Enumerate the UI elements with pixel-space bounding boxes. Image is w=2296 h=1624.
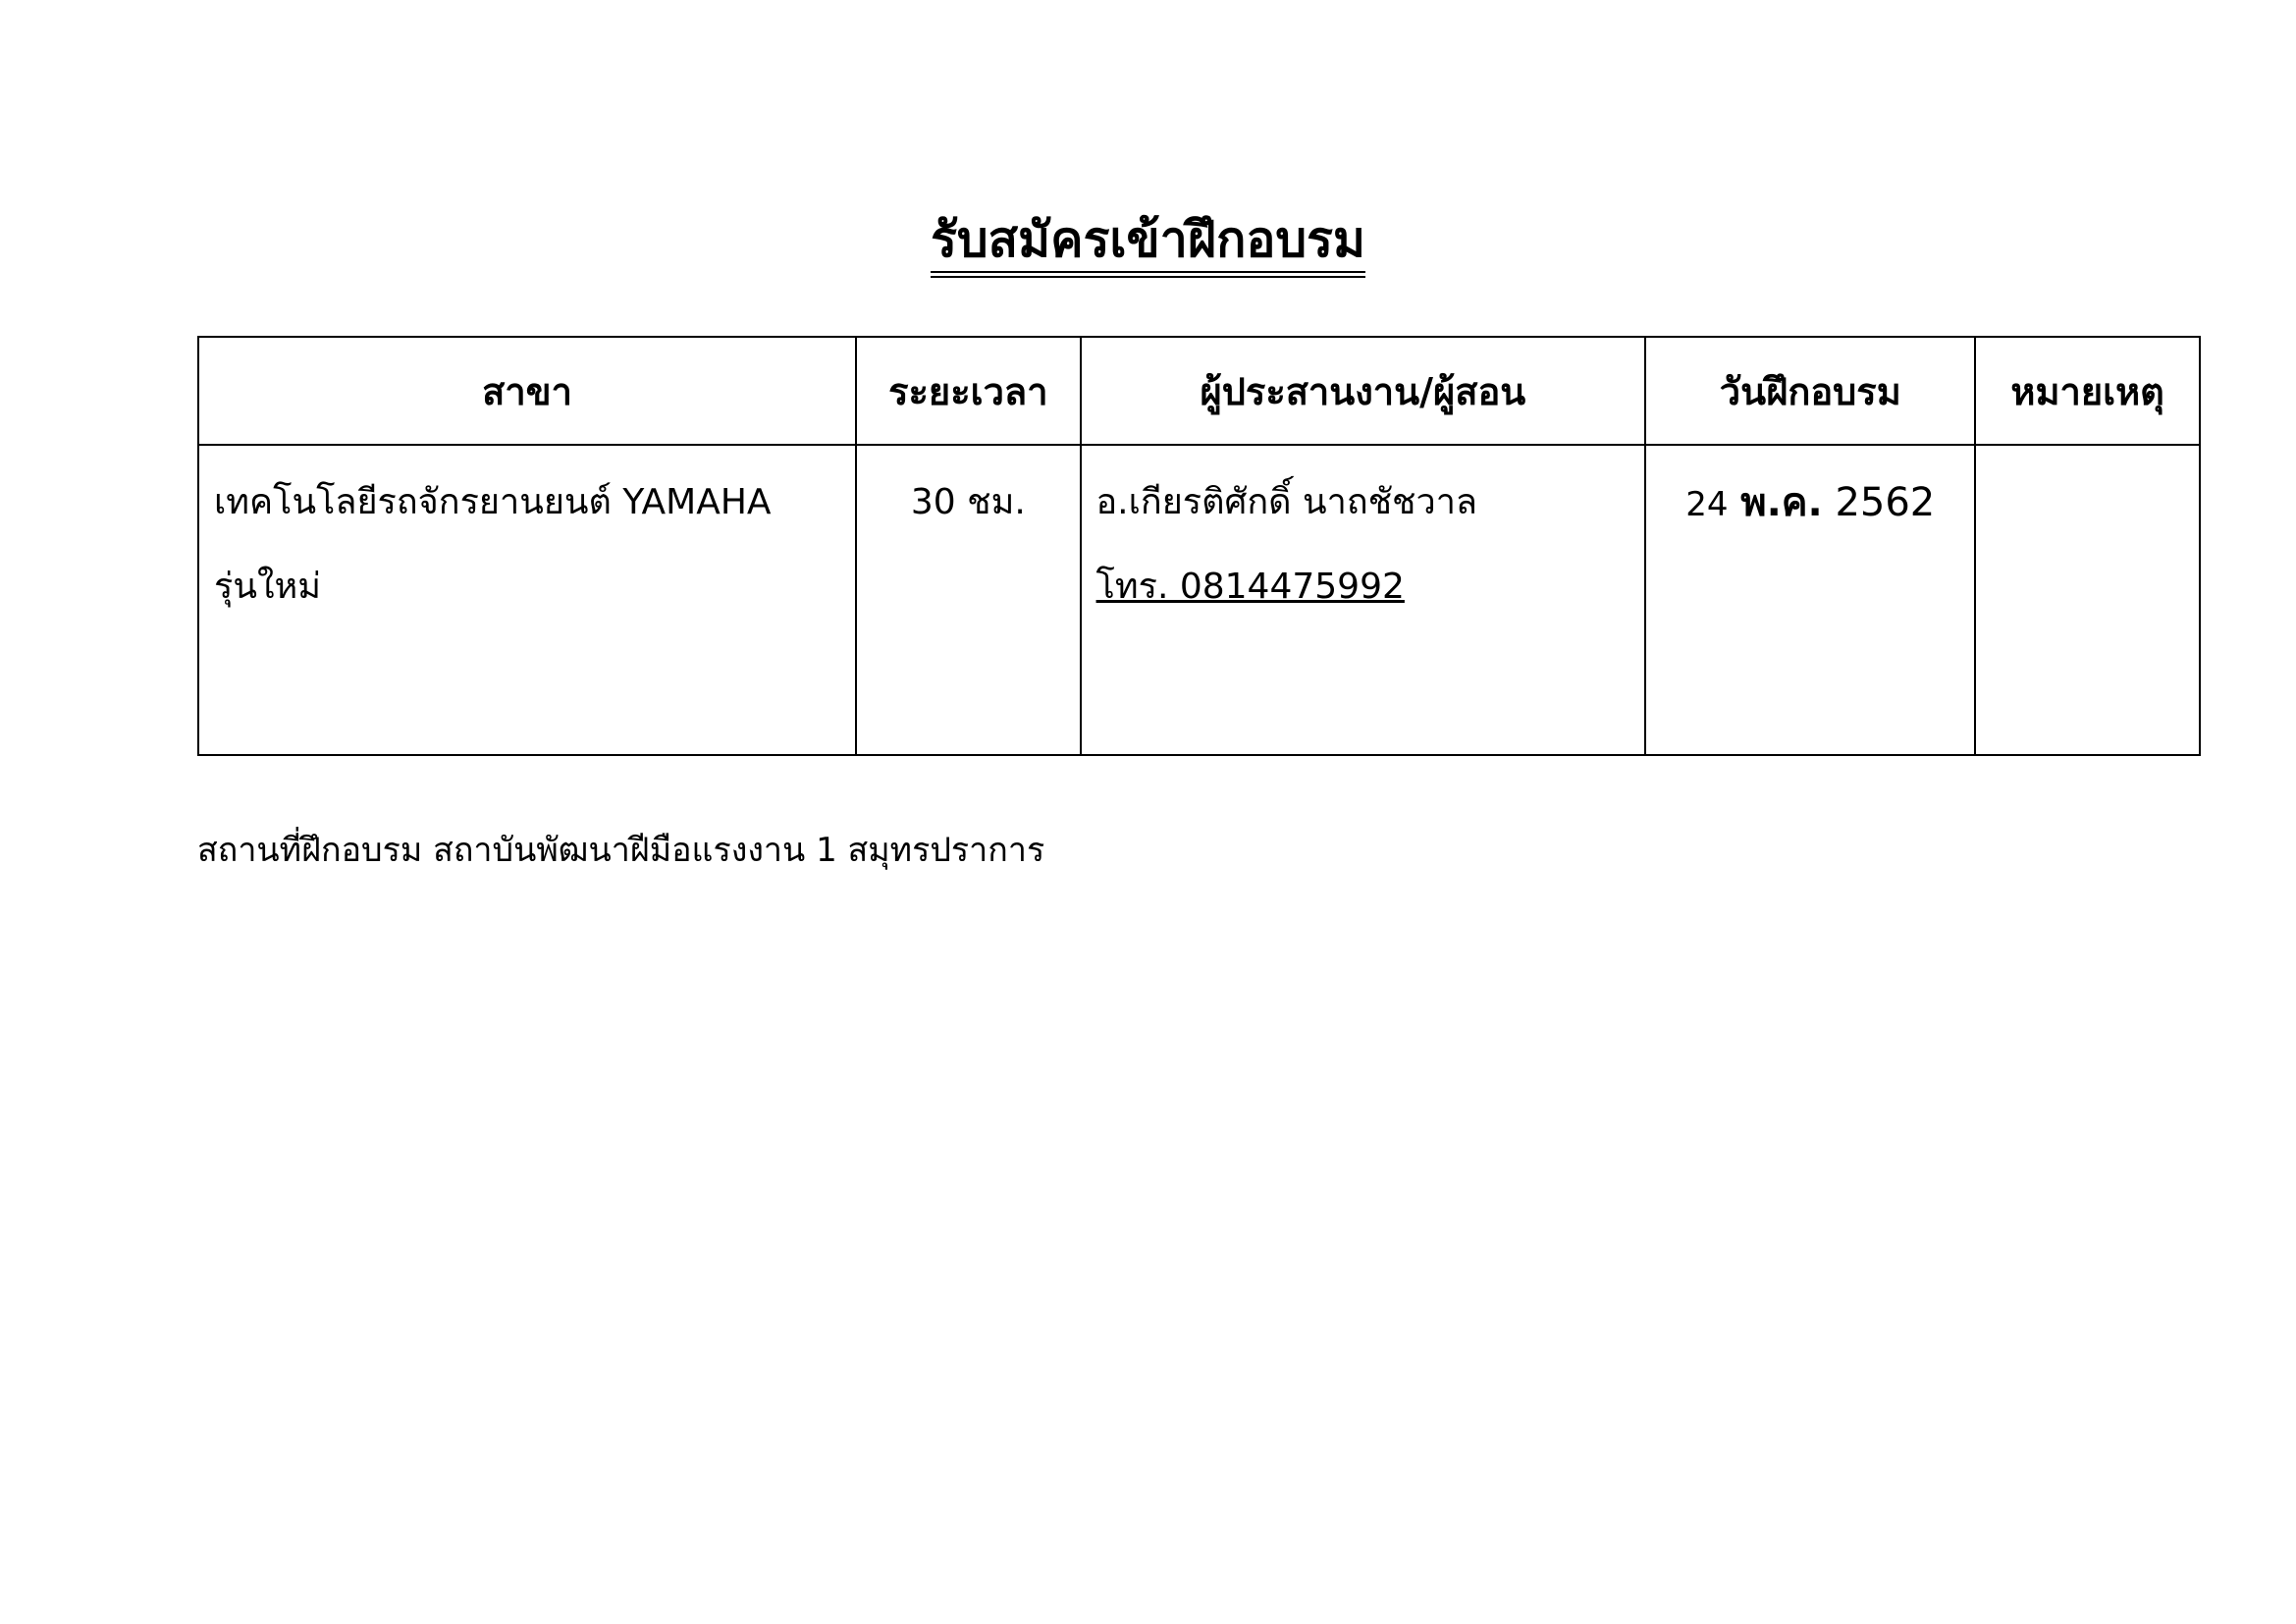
header-coordinator: ผู้ประสานงาน/ผู้สอน: [1081, 337, 1646, 445]
page-title-text: รับสมัครเข้าฝึกอบรม: [931, 208, 1365, 278]
branch-line2: รุ่นใหม่: [214, 545, 840, 629]
cell-training-date: 24 พ.ค. 2562: [1645, 445, 1975, 755]
duration-value: 30 ชม.: [858, 447, 1078, 545]
header-training-date: วันฝึกอบรม: [1645, 337, 1975, 445]
cell-coordinator: อ.เกียรติศักดิ์ นาถชัชวาล โทร. 081447599…: [1081, 445, 1646, 755]
header-branch: สาขา: [198, 337, 856, 445]
cell-duration: 30 ชม.: [856, 445, 1080, 755]
date-month: พ.ค.: [1740, 480, 1823, 525]
date-day: 24: [1685, 485, 1728, 524]
training-location: สถานที่ฝึกอบรม สถาบันพัฒนาฝีมือแรงงาน 1 …: [197, 823, 1044, 876]
table-row: เทคโนโลยีรถจักรยานยนต์ YAMAHA รุ่นใหม่ 3…: [198, 445, 2200, 755]
remarks-value: [1977, 447, 2198, 460]
cell-branch: เทคโนโลยีรถจักรยานยนต์ YAMAHA รุ่นใหม่: [198, 445, 856, 755]
header-remarks: หมายเหตุ: [1975, 337, 2200, 445]
coordinator-name: อ.เกียรติศักดิ์ นาถชัชวาล: [1096, 460, 1630, 545]
header-duration: ระยะเวลา: [856, 337, 1080, 445]
coordinator-phone[interactable]: โทร. 0814475992: [1096, 567, 1405, 607]
training-table: สาขา ระยะเวลา ผู้ประสานงาน/ผู้สอน วันฝึก…: [197, 336, 2201, 756]
cell-remarks: [1975, 445, 2200, 755]
date-year: 2562: [1835, 480, 1935, 525]
table-header-row: สาขา ระยะเวลา ผู้ประสานงาน/ผู้สอน วันฝึก…: [198, 337, 2200, 445]
page-title: รับสมัครเข้าฝึกอบรม: [0, 208, 2296, 278]
branch-line1: เทคโนโลยีรถจักรยานยนต์ YAMAHA: [214, 460, 840, 545]
